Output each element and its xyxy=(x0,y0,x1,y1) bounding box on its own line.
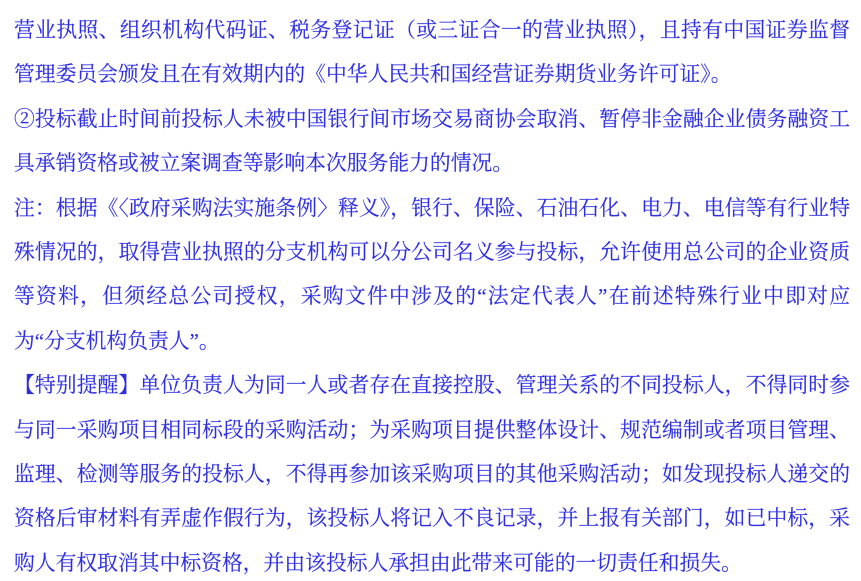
paragraph-special-reminder: 【特别提醒】单位负责人为同一人或者存在直接控股、管理关系的不同投标人，不得同时参… xyxy=(14,364,850,581)
paragraph-note-branch-office-rule: 注：根据《〈政府采购法实施条例〉释义》，银行、保险、石油石化、电力、电信等有行业… xyxy=(14,187,850,365)
document-text-block: 营业执照、组织机构代码证、税务登记证（或三证合一的营业执照），且持有中国证券监督… xyxy=(14,9,850,581)
paragraph-business-license-requirement: 营业执照、组织机构代码证、税务登记证（或三证合一的营业执照），且持有中国证券监督… xyxy=(14,9,850,98)
document-page: 营业执照、组织机构代码证、税务登记证（或三证合一的营业执照），且持有中国证券监督… xyxy=(0,0,861,581)
paragraph-bidder-qualification-clause-2: ②投标截止时间前投标人未被中国银行间市场交易商协会取消、暂停非金融企业债务融资工… xyxy=(14,98,850,187)
